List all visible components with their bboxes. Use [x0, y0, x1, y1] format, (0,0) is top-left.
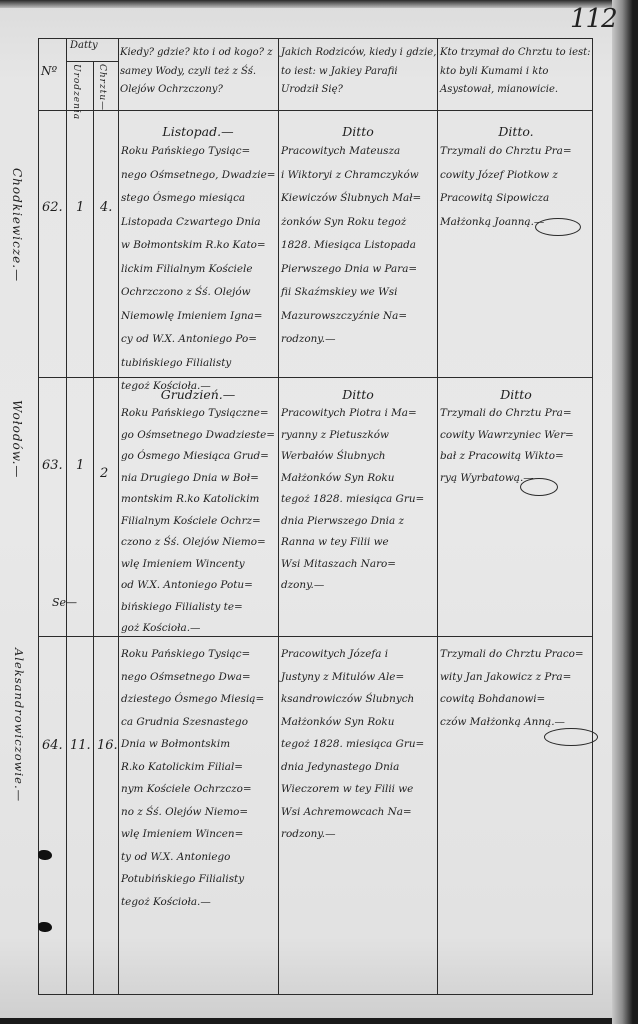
row-62-parents: Pracowitych Mateusza i Wiktoryi z Chramc…: [281, 140, 439, 352]
row-64-godparents: Trzymali do Chrztu Praco= wity Jan Jakow…: [440, 643, 594, 733]
row-62-baptism-day: 4.: [100, 200, 112, 215]
signature-flourish-icon: [535, 218, 581, 236]
row-64-baptism-day: 16.: [97, 738, 118, 753]
header-dates-group: Datty: [70, 36, 98, 56]
ink-blot-mark: [38, 922, 52, 932]
row-63-margin-note: Se—: [52, 596, 77, 609]
header-row-border: [38, 110, 593, 111]
table-top-border: [38, 38, 593, 39]
row-63-birth-day: 1: [76, 458, 84, 473]
row-64-village: Aleksandrowiczowie.—: [12, 648, 26, 802]
col-sep-baptism: [118, 38, 119, 995]
ink-blot-mark: [38, 850, 52, 860]
row-62-baptism-details: Roku Pańskiego Tysiąc= nego Ośmsetnego, …: [121, 140, 279, 399]
row-63-baptism-details: Roku Pańskiego Tysiączne= go Ośmsetnego …: [121, 403, 279, 640]
row-64-parents: Pracowitych Józefa i Justyny z Mitulów A…: [281, 643, 439, 846]
table-bottom-border: [38, 994, 593, 995]
page-top-edge: [0, 0, 638, 8]
header-question-where: Kiedy? gdzie? kto i od kogo? z samey Wod…: [120, 44, 278, 100]
row-64-number: 64.: [42, 738, 63, 753]
page-number: 112: [570, 4, 617, 34]
header-date-baptism: Chrztu—: [97, 64, 107, 111]
row-62-birth-day: 1: [76, 200, 84, 215]
col-sep-number: [66, 38, 67, 995]
row-63-village: Wołodów.—: [10, 400, 24, 478]
signature-flourish-icon: [544, 728, 598, 746]
signature-flourish-icon: [520, 478, 558, 496]
page-right-edge-shadow: [612, 0, 638, 1024]
row-63-godparents: Trzymali do Chrztu Pra= cowity Wawrzynie…: [440, 403, 594, 489]
dates-subheader-line: [66, 61, 118, 62]
header-number: Nº: [41, 60, 57, 84]
header-question-godparents: Kto trzymał do Chrztu to iest: kto byli …: [440, 44, 592, 100]
row-63-baptism-day: 2: [100, 466, 108, 481]
row-63-parents: Pracowitych Piotra i Ma= ryanny z Pietus…: [281, 403, 439, 597]
row-62-number: 62.: [42, 200, 63, 215]
row-64-baptism-details: Roku Pańskiego Tysiąc= nego Ośmsetnego D…: [121, 643, 279, 913]
col-sep-birth: [93, 61, 94, 995]
row-63-number: 63.: [42, 458, 63, 473]
header-question-parents: Jakich Rodziców, kiedy i gdzie, to iest:…: [281, 44, 437, 100]
row-64-birth-day: 11.: [70, 738, 91, 753]
header-date-birth: Urodzenia: [71, 64, 81, 120]
row-62-village: Chodkiewicze.—: [10, 168, 24, 282]
